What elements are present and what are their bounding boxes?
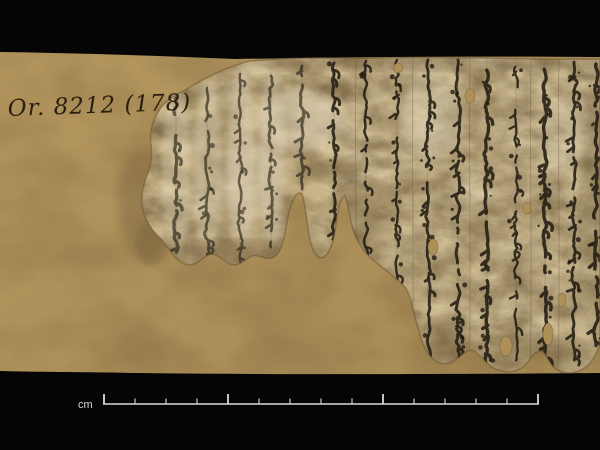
script-ink-dot [243,207,247,211]
script-ink-dot [481,334,485,338]
script-ink-dot [507,219,512,224]
script-ink-dot [422,223,426,227]
script-ink-dot [244,247,247,250]
script-ink-dot [244,141,247,144]
script-ink-dot [240,210,245,215]
script-ink-dot [210,143,215,148]
script-ink-dot [489,166,494,171]
script-ink-dot [576,237,581,242]
script-ink-dot [179,199,182,202]
photo-stage: Or. 8212 (178) cm [0,0,600,450]
script-ink-dot [578,220,582,224]
script-ink-dot [398,200,402,204]
script-ink-dot [490,195,492,197]
script-ink-dot [566,142,569,145]
script-ink-dot [423,206,426,209]
script-ink-dot [569,279,571,281]
script-ink-dot [462,283,467,288]
script-ink-dot [568,260,572,264]
script-ink-dot [432,156,435,159]
script-ink-dot [548,296,553,301]
script-ink-dot [432,255,437,260]
script-ink-dot [233,114,238,119]
script-ink-dot [209,187,213,191]
script-ink-dot [455,92,459,96]
script-ink-dot [451,317,455,321]
script-ink-dot [566,270,569,273]
script-ink-dot [420,159,423,162]
script-ink-dot [519,144,521,146]
script-ink-dot [577,355,581,359]
script-ink-dot [478,345,482,349]
script-ink-dot [591,243,595,247]
script-ink-dot [590,183,594,187]
script-ink-dot [569,200,573,204]
script-ink-dot [576,106,579,109]
script-ink-dot [460,64,462,66]
script-ink-dot [484,265,487,268]
script-ink-dot [399,262,403,266]
script-ink-dot [399,183,401,185]
script-ink-dot [208,167,211,170]
script-ink-dot [578,72,580,74]
script-ink-dot [397,83,401,87]
script-ink-dot [429,114,432,117]
script-ink-dot [548,270,552,274]
script-ink-dot [453,100,456,103]
script-ink-dot [486,102,489,105]
script-ink-dot [488,137,492,141]
script-ink-dot [568,75,573,80]
script-ink-dot [591,124,594,127]
script-ink-dot [178,149,181,152]
manuscript-photograph: Or. 8212 (178) cm [0,0,600,450]
script-ink-dot [577,289,581,293]
script-ink-dot [423,333,428,338]
script-ink-dot [547,113,550,116]
script-ink-dot [330,159,332,161]
script-ink-dot [482,81,485,84]
script-ink-dot [210,170,213,173]
script-ink-dot [241,170,245,174]
script-ink-dot [271,170,274,173]
script-ink-dot [421,209,424,212]
script-ink-dot [460,191,463,194]
script-ink-dot [422,74,426,78]
script-ink-dot [549,316,552,319]
script-ink-dot [517,175,522,180]
script-ink-dot [519,68,523,72]
script-ink-dot [548,183,551,186]
script-ink-dot [209,114,213,118]
script-ink-dot [275,218,278,221]
script-ink-dot [275,192,278,195]
script-ink-dot [519,190,522,193]
script-ink-dot [202,211,206,215]
script-ink-dot [391,140,395,144]
script-ink-dot [545,136,548,139]
script-ink-dot [539,175,542,178]
script-ink-dot [451,208,454,211]
script-ink-dot [391,217,395,221]
script-ink-dot [460,335,464,339]
script-ink-dot [589,85,591,87]
script-ink-dot [328,141,330,143]
script-ink-dot [421,187,424,190]
script-ink-dot [452,160,455,163]
script-ink-dot [545,94,548,97]
script-ink-dot [539,193,541,195]
script-ink-dot [459,321,462,324]
script-ink-dot [509,154,514,159]
script-ink-dot [393,96,397,100]
script-ink-dot [450,90,455,95]
script-ink-dot [461,345,465,349]
script-ink-dot [431,130,433,132]
script-ink-dot [538,168,543,173]
script-ink-dot [360,74,365,79]
script-ink-dot [489,146,493,150]
script-ink-dot [430,64,435,69]
ruler-unit-label: cm [78,399,93,411]
script-ink-dot [570,117,574,121]
script-ink-dot [537,225,540,228]
script-ink-dot [303,157,306,160]
script-ink-dot [266,215,269,218]
script-ink-dot [578,345,580,347]
script-ink-dot [390,74,395,79]
script-ink-dot [327,61,332,66]
script-ink-dot [480,308,485,313]
script-ink-dot [491,358,495,362]
